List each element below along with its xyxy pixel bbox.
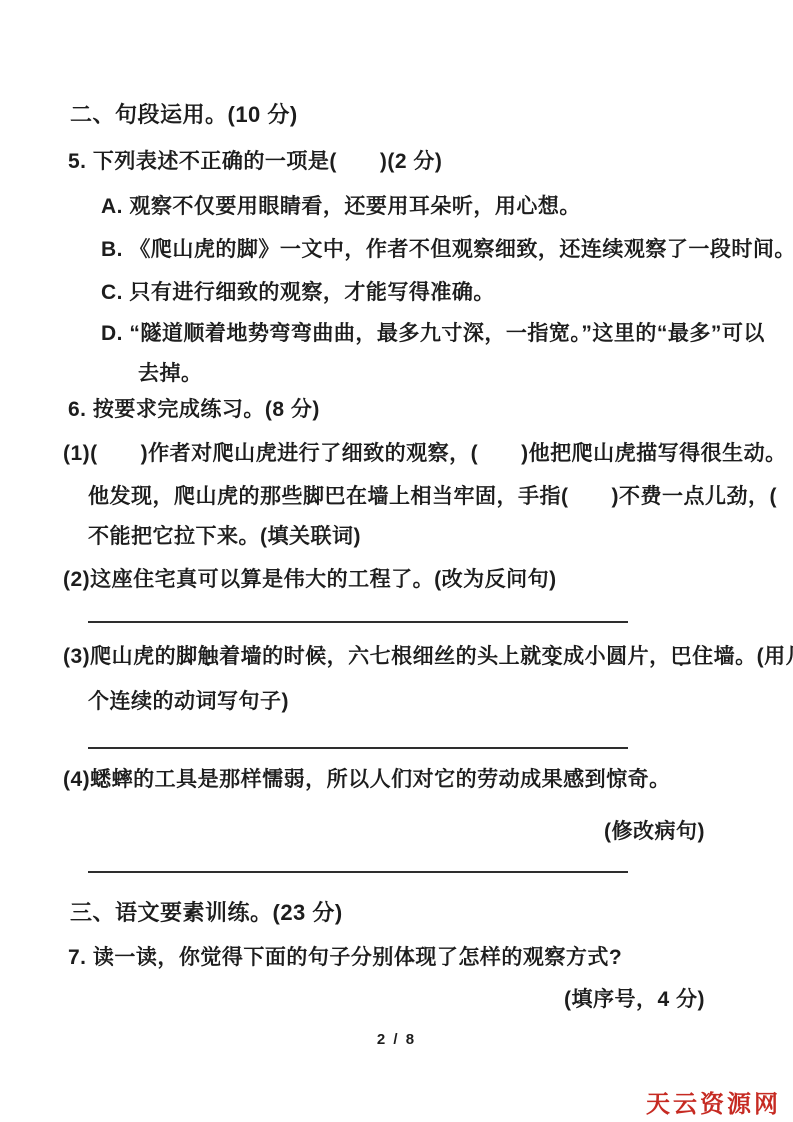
question-6-item-3-line2: 个连续的动词写句子)	[88, 688, 289, 716]
text-segment: (3)爬山虎的脚	[63, 645, 198, 668]
question-5-option-a: A. 观察不仅要用眼睛看，还要用耳朵听，用心想。	[101, 193, 581, 221]
emphasized-char: 变	[542, 645, 564, 668]
question-5-option-b: B. 《爬山虎的脚》一文中，作者不但观察细致，还连续观察了一段时间。	[101, 236, 793, 264]
question-5-stem: 5. 下列表述不正确的一项是( )(2 分)	[68, 148, 442, 176]
question-6-item-1-line2: 他发现，爬山虎的那些脚巴在墙上相当牢固，手指( )不费一点儿劲，( )	[88, 483, 793, 511]
question-6-item-3-line1: (3)爬山虎的脚触着墙的时候，六七根细丝的头上就变成小圆片，巴住墙。(用几	[63, 643, 793, 671]
question-6-item-2: (2)这座住宅真可以算是伟大的工程了。(改为反问句)	[63, 566, 557, 594]
watermark-site-name: 天云资源网	[646, 1084, 781, 1119]
answer-blank-line	[88, 871, 628, 873]
question-7-note: (填序号，4 分)	[420, 986, 705, 1014]
page-number: 2 / 8	[0, 1031, 793, 1048]
emphasized-char: 触	[198, 645, 220, 668]
text-segment: 着墙的时候，六七根细丝的头上就	[219, 645, 542, 668]
question-7-stem: 7. 读一读，你觉得下面的句子分别体现了怎样的观察方式?	[68, 944, 622, 972]
answer-blank-line	[88, 621, 628, 623]
text-segment: 成小圆片，	[563, 645, 671, 668]
question-6-item-4: (4)蟋蟀的工具是那样懦弱，所以人们对它的劳动成果感到惊奇。	[63, 766, 671, 794]
section-3-heading: 三、语文要素训练。(23 分)	[70, 899, 343, 927]
text-segment: 住墙。(用几	[692, 645, 793, 668]
question-5-option-c: C. 只有进行细致的观察，才能写得准确。	[101, 279, 495, 307]
question-6-item-1-line1: (1)( )作者对爬山虎进行了细致的观察，( )他把爬山虎描写得很生动。	[63, 440, 787, 468]
exam-paper-page: 二、句段运用。(10 分) 5. 下列表述不正确的一项是( )(2 分) A. …	[0, 0, 793, 1122]
question-5-option-d-line1: D. “隧道顺着地势弯弯曲曲，最多九寸深，一指宽。”这里的“最多”可以	[101, 320, 765, 348]
emphasized-char: 巴	[671, 645, 693, 668]
section-2-heading: 二、句段运用。(10 分)	[70, 101, 298, 129]
question-6-item-1-line3: 不能把它拉下来。(填关联词)	[88, 523, 361, 551]
question-6-item-4-note: (修改病句)	[420, 818, 705, 846]
answer-blank-line	[88, 747, 628, 749]
question-6-stem: 6. 按要求完成练习。(8 分)	[68, 396, 320, 424]
question-5-option-d-line2: 去掉。	[138, 360, 203, 388]
